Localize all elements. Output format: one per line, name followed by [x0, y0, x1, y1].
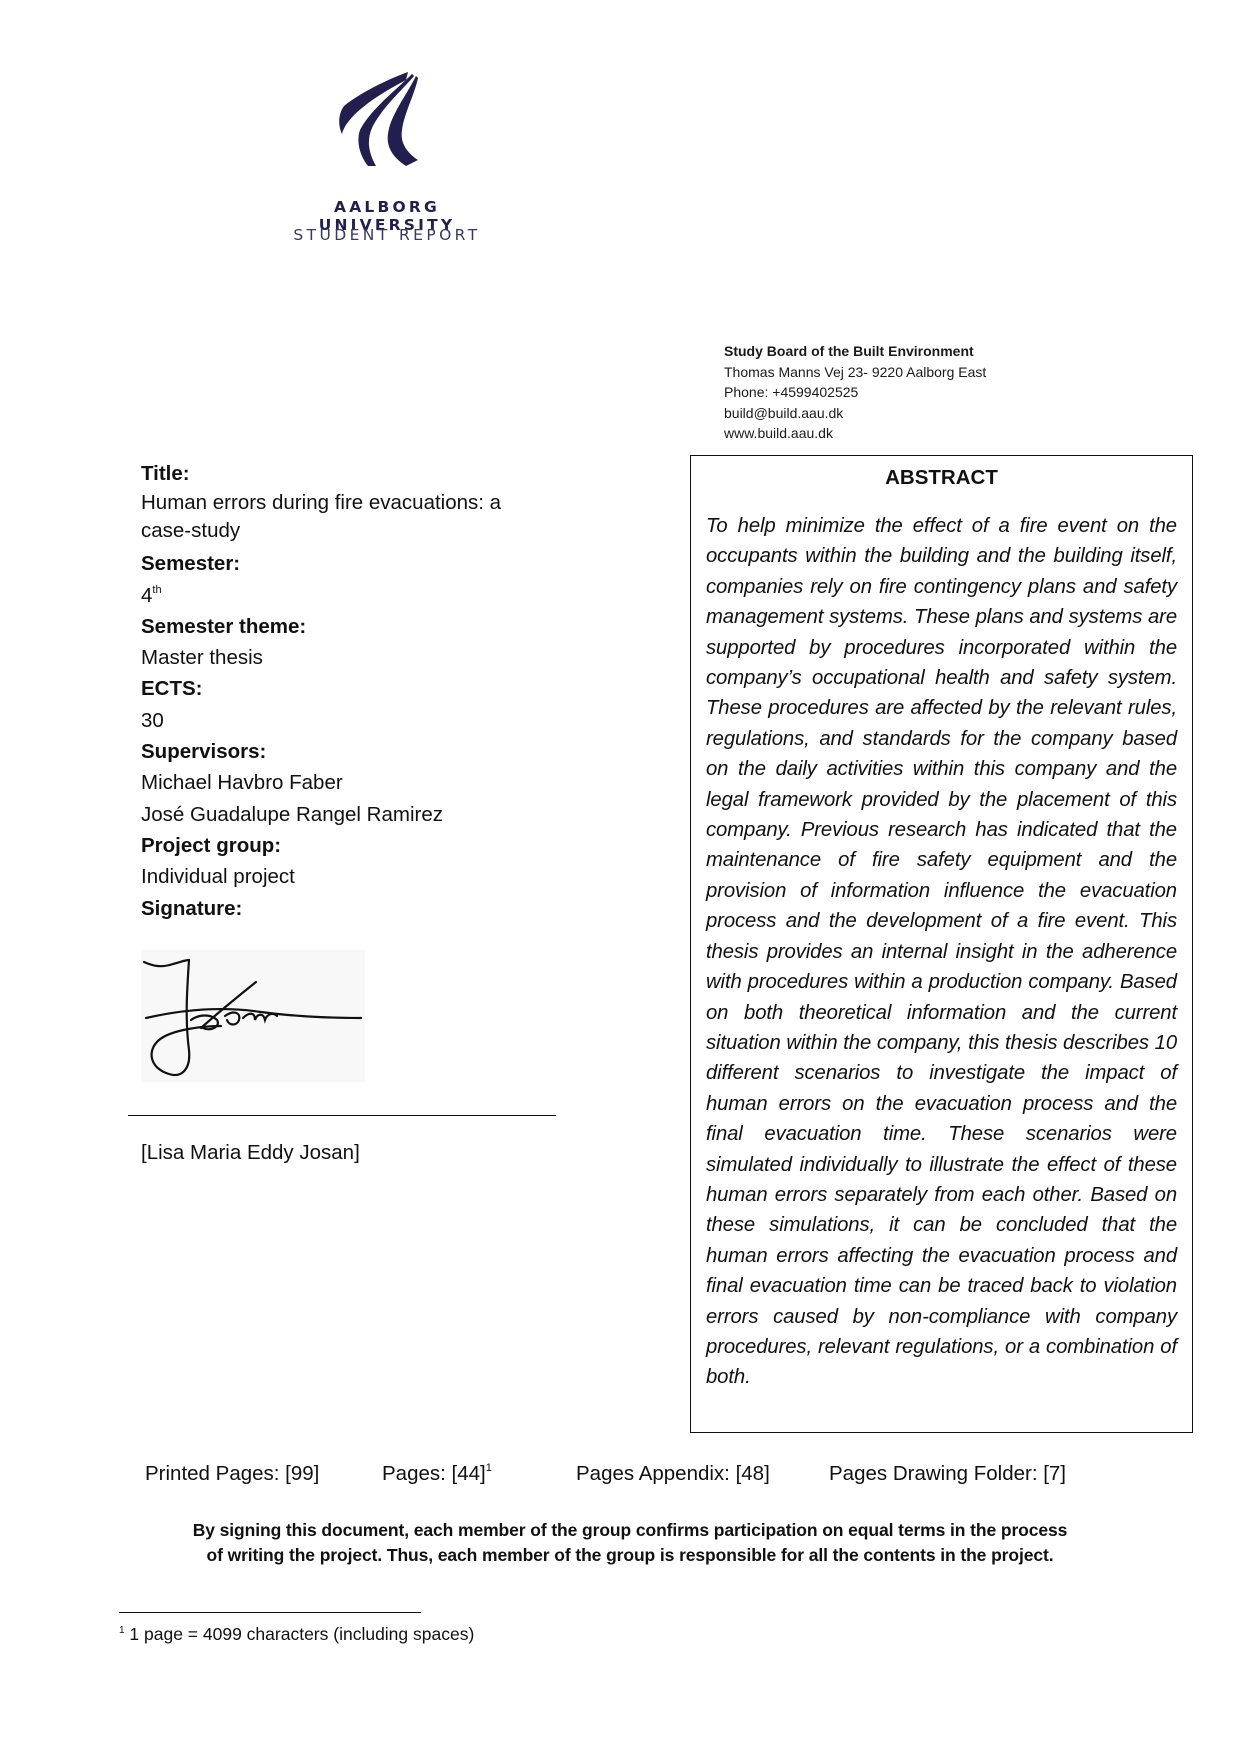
signature-line: [128, 1115, 556, 1116]
ects-value: 30: [141, 705, 561, 736]
abstract-text: To help minimize the effect of a fire ev…: [706, 511, 1177, 1393]
report-title-line1: Human errors during fire evacuations: a: [141, 491, 501, 514]
pages-drawing-folder: Pages Drawing Folder: [7]: [829, 1462, 1066, 1486]
study-board-email[interactable]: build@build.aau.dk: [724, 403, 986, 424]
theme-value: Master thesis: [141, 642, 561, 673]
pages-count-text: Pages: [44]: [382, 1462, 486, 1485]
aau-wave-logo-icon: [336, 70, 426, 170]
signing-statement-line2: of writing the project. Thus, each membe…: [150, 1543, 1110, 1568]
semester-label: Semester:: [141, 548, 561, 579]
supervisors-label: Supervisors:: [141, 736, 561, 767]
project-group-label: Project group:: [141, 830, 561, 861]
footnote: 1 1 page = 4099 characters (including sp…: [119, 1624, 474, 1645]
abstract-heading: ABSTRACT: [691, 466, 1192, 490]
abstract-box: ABSTRACT To help minimize the effect of …: [690, 455, 1193, 1433]
signature-label: Signature:: [141, 893, 561, 924]
supervisor: José Guadalupe Rangel Ramirez: [141, 799, 561, 830]
semester-suffix: th: [152, 584, 161, 596]
footnote-reference[interactable]: 1: [486, 1462, 492, 1474]
footnote-text: 1 page = 4099 characters (including spac…: [125, 1624, 475, 1644]
signing-statement-line1: By signing this document, each member of…: [150, 1518, 1110, 1543]
study-board-address: Thomas Manns Vej 23- 9220 Aalborg East: [724, 362, 986, 383]
semester-value: 4th: [141, 580, 561, 611]
footnote-separator: [119, 1612, 421, 1613]
report-info: Title: Human errors during fire evacuati…: [141, 458, 561, 924]
pages-count: Pages: [44]1: [382, 1462, 492, 1486]
study-board-website[interactable]: www.build.aau.dk: [724, 423, 986, 444]
handwritten-signature: [141, 950, 365, 1082]
project-group-value: Individual project: [141, 861, 561, 892]
printed-pages: Printed Pages: [99]: [145, 1462, 319, 1486]
report-type: STUDENT REPORT: [262, 226, 512, 244]
ects-label: ECTS:: [141, 673, 561, 704]
pages-appendix: Pages Appendix: [48]: [576, 1462, 770, 1486]
semester-number: 4: [141, 584, 152, 607]
study-board-name: Study Board of the Built Environment: [724, 341, 986, 362]
supervisor: Michael Havbro Faber: [141, 767, 561, 798]
report-title-line2: case-study: [141, 519, 240, 542]
title-label: Title:: [141, 458, 561, 489]
report-title: Human errors during fire evacuations: a …: [141, 489, 561, 545]
signing-statement: By signing this document, each member of…: [150, 1518, 1110, 1568]
study-board-contact: Study Board of the Built Environment Tho…: [724, 341, 986, 444]
study-board-phone: Phone: +4599402525: [724, 382, 986, 403]
author-name: [Lisa Maria Eddy Josan]: [141, 1141, 360, 1165]
theme-label: Semester theme:: [141, 611, 561, 642]
